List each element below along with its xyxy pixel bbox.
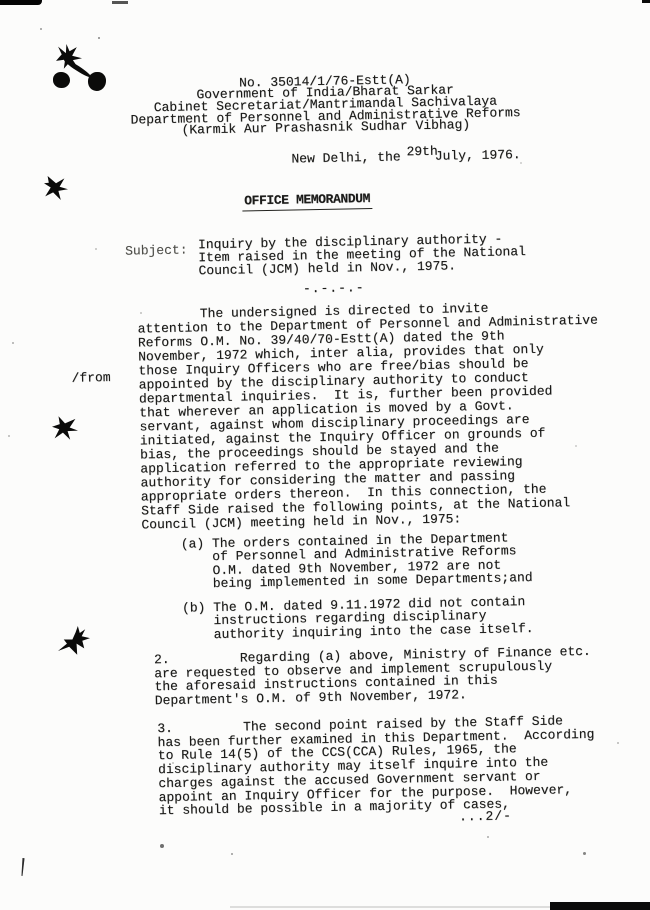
speck <box>140 312 142 314</box>
speck <box>160 844 164 848</box>
paragraph-1: The undersigned is directed to invite at… <box>137 300 601 533</box>
scan-edge-mark <box>0 0 42 5</box>
speck <box>520 162 522 164</box>
list-item-b: (b) The O.M. dated 9.11.1972 did not con… <box>143 595 534 643</box>
scan-edge-mark <box>642 0 650 3</box>
scanned-memo-page: No. 35014/1/76-Estt(A) Government of Ind… <box>0 0 650 910</box>
page-number: ...2/- <box>459 808 512 824</box>
scan-edge-mark <box>550 902 650 910</box>
dateline-prefix: New Delhi, the <box>291 149 400 166</box>
speck <box>12 342 14 344</box>
speck <box>575 445 577 447</box>
speck <box>231 853 233 855</box>
dateline-rest: July, 1976. <box>435 147 521 164</box>
subject-text: Inquiry by the disciplinary authority - … <box>198 232 526 278</box>
speck <box>617 742 619 744</box>
speck <box>172 762 174 764</box>
dateline: New Delhi, the29thJuly, 1976. <box>291 147 521 166</box>
speck <box>583 852 586 855</box>
speck <box>40 28 42 30</box>
paragraph-3: 3. The second point raised by the Staff … <box>157 714 596 818</box>
speck <box>8 435 10 437</box>
date-day: 29th <box>406 144 438 160</box>
separator: -.-.-.- <box>303 280 365 296</box>
speck <box>95 248 97 250</box>
office-memorandum-title: OFFICE MEMORANDUM <box>242 191 372 211</box>
ink-blot <box>53 72 70 88</box>
list-item-a: (a) The orders contained in the Departme… <box>142 531 533 592</box>
margin-insertion-note: /from <box>71 370 110 386</box>
subject-label: Subject: <box>125 243 188 259</box>
scan-edge-mark <box>112 1 128 4</box>
typed-content: No. 35014/1/76-Estt(A) Government of Ind… <box>0 0 650 910</box>
speck <box>98 37 100 39</box>
speck <box>487 836 489 838</box>
scan-edge-mark <box>230 906 550 908</box>
paragraph-2: 2. Regarding (a) above, Ministry of Fina… <box>154 645 592 707</box>
